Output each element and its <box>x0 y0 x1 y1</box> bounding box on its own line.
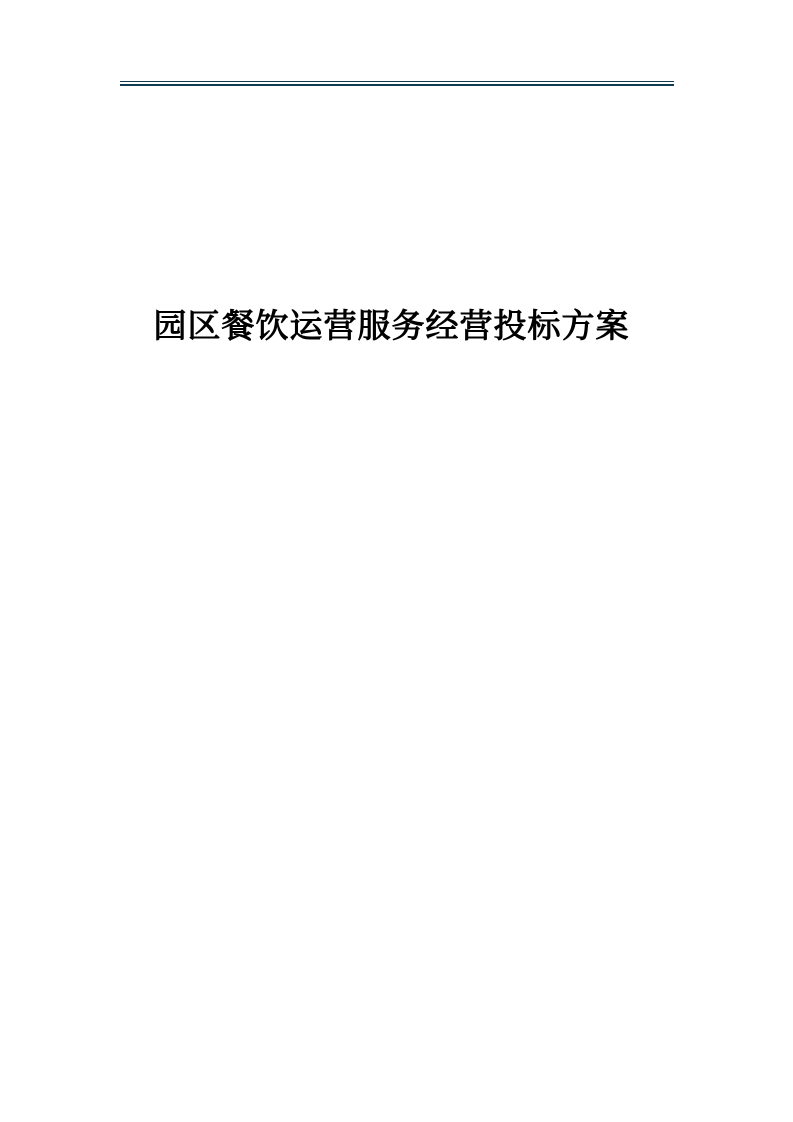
document-page: 园区餐饮运营服务经营投标方案 <box>0 0 793 1122</box>
document-title: 园区餐饮运营服务经营投标方案 <box>0 305 783 348</box>
header-double-rule <box>120 81 674 86</box>
